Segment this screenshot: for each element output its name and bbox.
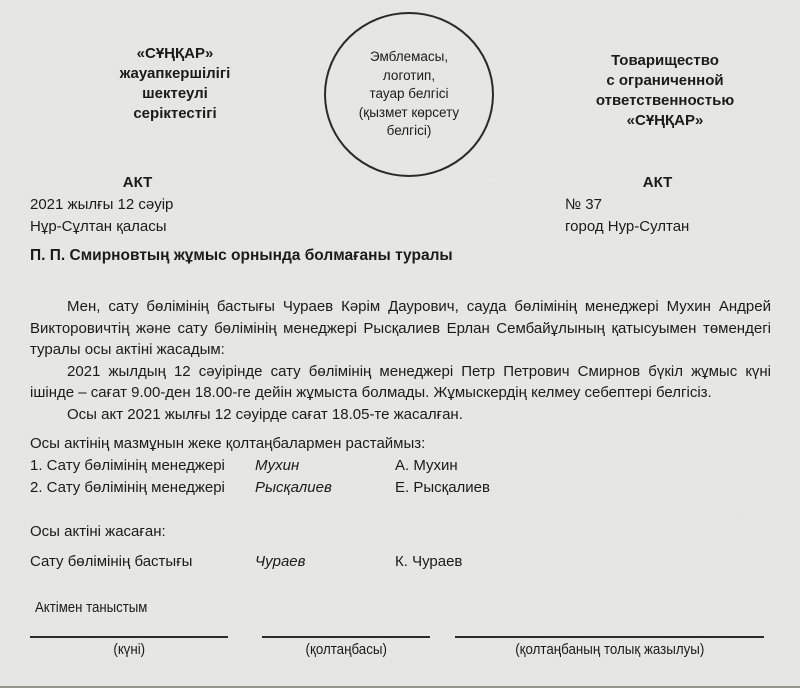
org-name-russian: Товарищество с ограниченной ответственно… [540,51,790,131]
ack-field-full-name: (қолтаңбаның толық жазылуы) [455,636,764,658]
act-city-russian: город Нур-Султан [565,216,750,238]
handwritten-signature: Мухин [255,455,395,477]
org-name-kazakh-line: «СҰҢҚАР» [50,44,300,64]
org-name-kazakh-line: жауапкершілігі [50,64,300,84]
body-paragraph-2: 2021 жылдың 12 сәуірінде сату бөлімінің … [30,361,771,404]
act-number: № 37 [565,194,750,216]
ack-field-signature: (қолтаңбасы) [262,636,430,658]
act-body: Мен, сату бөлімінің бастығы Чураев Кәрім… [30,296,771,425]
org-name-kazakh: «СҰҢҚАР» жауапкершілігі шектеулі серікте… [50,44,300,124]
signature-row: 1. Сату бөлімінің менеджері Мухин А. Мух… [30,455,770,477]
confirmation-signatures-block: Осы актінің мазмұнын жеке қолтаңбалармен… [30,433,770,499]
signer-role: 2. Сату бөлімінің менеджері [30,477,255,499]
act-title-right: АКТ [565,172,750,194]
act-caption-left: АКТ 2021 жылғы 12 сәуір Нұр-Сұлтан қалас… [30,172,245,238]
emblem-placeholder-circle: Эмблемасы, логотип, тауар белгісі (қызме… [324,12,494,177]
emblem-placeholder-text: Эмблемасы, логотип, тауар белгісі (қызме… [359,48,459,141]
signer-role: Сату бөлімінің бастығы [30,551,255,573]
author-intro: Осы актіні жасаған: [30,521,770,543]
signature-row: Сату бөлімінің бастығы Чураев К. Чураев [30,551,770,573]
body-paragraph-1: Мен, сату бөлімінің бастығы Чураев Кәрім… [30,296,771,361]
confirmation-intro: Осы актінің мазмұнын жеке қолтаңбалармен… [30,433,770,455]
ack-field-date-label: (күні) [113,642,145,658]
act-caption-right: АКТ № 37 город Нур-Султан [565,172,750,238]
handwritten-signature: Чураев [255,551,395,573]
org-name-russian-line: «СҰҢҚАР» [540,111,790,131]
ack-field-full-name-label: (қолтаңбаның толық жазылуы) [515,642,704,658]
act-title-left: АКТ [30,172,245,194]
act-date: 2021 жылғы 12 сәуір [30,194,245,216]
ack-field-date: (күні) [30,636,228,658]
org-name-kazakh-line: серіктестігі [50,104,300,124]
signer-printed-name: Е. Рысқалиев [395,477,490,499]
signer-role: 1. Сату бөлімінің менеджері [30,455,255,477]
org-name-russian-line: ответственностью [540,91,790,111]
org-name-russian-line: с ограниченной [540,71,790,91]
ack-field-signature-label: (қолтаңбасы) [305,642,386,658]
act-subject-heading: П. П. Смирновтың жұмыс орнында болмағаны… [30,247,453,265]
body-paragraph-3: Осы акт 2021 жылғы 12 сәуірде сағат 18.0… [30,404,771,426]
act-city-kazakh: Нұр-Сұлтан қаласы [30,216,245,238]
org-name-kazakh-line: шектеулі [50,84,300,104]
signer-printed-name: К. Чураев [395,551,462,573]
org-name-russian-line: Товарищество [540,51,790,71]
handwritten-signature: Рысқалиев [255,477,395,499]
act-document-page: «СҰҢҚАР» жауапкершілігі шектеулі серікте… [0,0,800,688]
act-author-block: Осы актіні жасаған: Сату бөлімінің басты… [30,521,770,573]
signature-row: 2. Сату бөлімінің менеджері Рысқалиев Е.… [30,477,770,499]
signer-printed-name: А. Мухин [395,455,458,477]
acknowledgement-caption: Актімен таныстым [35,599,163,616]
